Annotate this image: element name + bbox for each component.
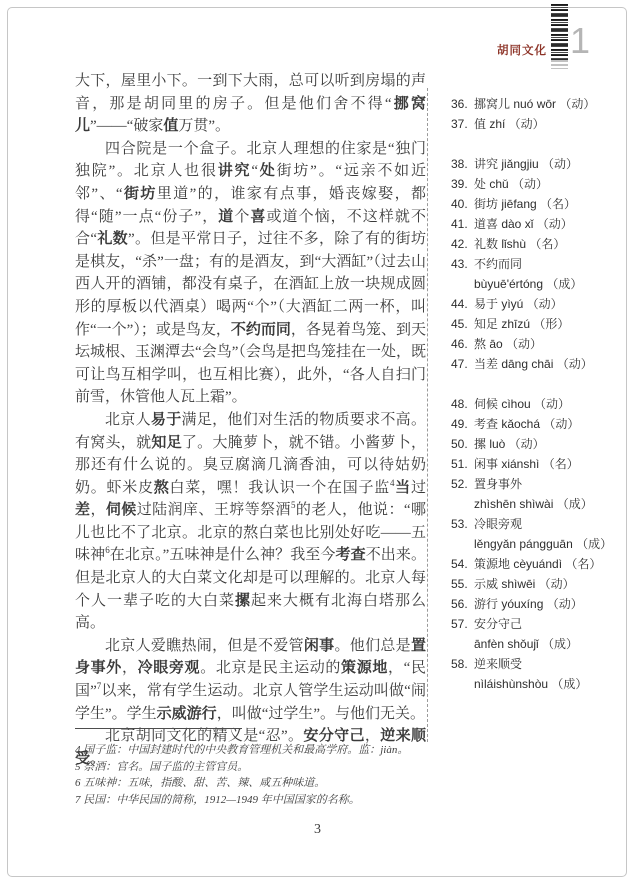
vocab-item-pinyin: ānfèn shǒujǐ （成） <box>474 634 623 654</box>
vocab-item-number: 44. <box>451 294 474 314</box>
column-divider <box>427 88 428 742</box>
vocab-item: 52.置身事外zhìshēn shìwài （成） <box>451 474 623 514</box>
vocab-item: 57.安分守己ānfèn shǒujǐ （成） <box>451 614 623 654</box>
footnote-separator <box>75 728 242 729</box>
vocab-word: 值 <box>163 118 178 134</box>
vocab-item-number: 37. <box>451 114 474 134</box>
vocab-item-body: 易于 yìyú （动） <box>474 294 623 314</box>
vocab-item-word: 冷眼旁观 <box>474 514 623 534</box>
vocab-item-body: 安分守己ānfèn shǒujǐ （成） <box>474 614 623 654</box>
vocab-item-body: 挪窝儿 nuó wōr （动） <box>474 94 623 114</box>
vocab-item: 54.策源地 cèyuándì （名） <box>451 554 623 574</box>
text-run: 。北京是民主运动的 <box>200 660 341 676</box>
vocab-item-number: 42. <box>451 234 474 254</box>
vocab-item-pinyin: nìláishùnshòu （成） <box>474 674 623 694</box>
vocab-word: 摞 <box>235 593 251 609</box>
vocab-word: 冷眼旁观 <box>138 660 201 676</box>
vocab-item-number: 47. <box>451 354 474 374</box>
vocab-item-number: 50. <box>451 434 474 454</box>
vocab-item: 58.逆来顺受nìláishùnshòu （成） <box>451 654 623 694</box>
vocab-item-pinyin: bùyuē'értóng （成） <box>474 274 623 294</box>
vocab-item: 41.道喜 dào xǐ （动） <box>451 214 623 234</box>
vocab-item-body: 知足 zhīzú （形） <box>474 314 623 334</box>
vocab-item-number: 57. <box>451 614 474 654</box>
vocab-word: 易于 <box>151 412 182 428</box>
footnote: 4 国子监：中国封建时代的中央教育管理机关和最高学府。监：jiàn。 <box>75 742 433 759</box>
text-run: 个 <box>234 209 250 225</box>
vocab-word: 考查 <box>335 547 365 563</box>
footnote: 6 五味神：五味，指酸、甜、苦、辣、咸五种味道。 <box>75 775 433 792</box>
vocab-item-number: 56. <box>451 594 474 614</box>
vocab-word: 伺候 <box>106 502 137 518</box>
vocab-item-word: 不约而同 <box>474 254 623 274</box>
footnotes: 4 国子监：中国封建时代的中央教育管理机关和最高学府。监：jiàn。5 祭酒：官… <box>75 742 433 808</box>
vocab-item-pinyin: zhìshēn shìwài （成） <box>474 494 623 514</box>
vocab-item-number: 36. <box>451 94 474 114</box>
text-run: ”——“破家 <box>90 118 163 134</box>
vocab-item-body: 处 chǔ （动） <box>474 174 623 194</box>
vocab-item: 40.街坊 jiēfang （名） <box>451 194 623 214</box>
vocab-item: 43.不约而同bùyuē'értóng （成） <box>451 254 623 294</box>
paragraph: 四合院是一个盒子。北京人理想的住家是“独门独院”。北京人也很讲究“处街坊”。“远… <box>75 138 426 409</box>
vocab-item: 42.礼数 lǐshù （名） <box>451 234 623 254</box>
vocab-item-number: 58. <box>451 654 474 694</box>
vocab-item-pinyin: lěngyǎn pángguān （成） <box>474 534 623 554</box>
vocab-item: 44.易于 yìyú （动） <box>451 294 623 314</box>
vocab-item-body: 街坊 jiēfang （名） <box>474 194 623 214</box>
vocab-item-body: 逆来顺受nìláishùnshòu （成） <box>474 654 623 694</box>
vocab-item: 55.示威 shìwēi （动） <box>451 574 623 594</box>
vocab-item: 39.处 chǔ （动） <box>451 174 623 194</box>
vocab-item-number: 38. <box>451 154 474 174</box>
vocab-word: 熬 <box>154 480 170 496</box>
vocab-item-number: 46. <box>451 334 474 354</box>
paragraph: 大下，屋里小下。一到下大雨，总可以听到房塌的声音，那是胡同里的房子。但是他们舍不… <box>75 70 426 138</box>
vocab-word: 喜 <box>250 209 266 225</box>
text-run: 万贯”。 <box>178 118 230 134</box>
chapter-stripe-tail <box>551 60 568 69</box>
vocab-item-number: 53. <box>451 514 474 554</box>
vocab-item: 45.知足 zhīzú （形） <box>451 314 623 334</box>
vocab-item-body: 当差 dāng chāi （动） <box>474 354 623 374</box>
vocab-item-body: 闲事 xiánshì （名） <box>474 454 623 474</box>
text-run: ， <box>122 660 138 676</box>
text-run: ，叫做“过学生”。与他们无关。 <box>217 706 425 722</box>
text-run: 白菜，嘿！我认识一个在国子监 <box>169 480 389 496</box>
vocab-word: 讲究 <box>218 163 252 179</box>
vocab-item: 47.当差 dāng chāi （动） <box>451 354 623 374</box>
vocab-item-body: 礼数 lǐshù （名） <box>474 234 623 254</box>
vocab-word: 礼数 <box>97 231 128 247</box>
vocab-word: 不约而同 <box>231 322 291 338</box>
vocab-item: 48.伺候 cìhou （动） <box>451 394 623 414</box>
vocab-item-number: 52. <box>451 474 474 514</box>
vocab-item-body: 道喜 dào xǐ （动） <box>474 214 623 234</box>
text-run: 大下，屋里小下。一到下大雨，总可以听到房塌的声音，那是胡同里的房子。但是他们舍不… <box>75 73 426 112</box>
vocab-word: 闲事 <box>304 638 335 654</box>
vocab-item: 37.值 zhí （动） <box>451 114 623 134</box>
page-title: 胡同文化 <box>497 42 547 58</box>
chapter-number: 1 <box>570 22 590 60</box>
vocab-item-number: 55. <box>451 574 474 594</box>
vocab-item-body: 策源地 cèyuándì （名） <box>474 554 623 574</box>
vocab-item-number: 48. <box>451 394 474 414</box>
vocab-word: 示威游行 <box>157 706 217 722</box>
vocab-item: 56.游行 yóuxíng （动） <box>451 594 623 614</box>
vocab-item-number: 43. <box>451 254 474 294</box>
vocab-word: 处 <box>258 163 277 179</box>
vocab-item-body: 值 zhí （动） <box>474 114 623 134</box>
footnote: 7 民国：中华民国的简称，1912—1949 年中国国家的名称。 <box>75 792 433 809</box>
vocab-item: 49.考查 kǎochá （动） <box>451 414 623 434</box>
text-run: 过 <box>411 480 426 496</box>
vocab-item: 53.冷眼旁观lěngyǎn pángguān （成） <box>451 514 623 554</box>
footnote: 5 祭酒：官名。国子监的主管官员。 <box>75 759 433 776</box>
vocab-item-number: 51. <box>451 454 474 474</box>
vocab-word: 知足 <box>151 435 182 451</box>
vocab-item-body: 游行 yóuxíng （动） <box>474 594 623 614</box>
vocab-word: 差 <box>75 502 90 518</box>
vocab-item-number: 41. <box>451 214 474 234</box>
vocab-item-number: 40. <box>451 194 474 214</box>
vocab-word: 街坊 <box>123 186 157 202</box>
text-run: 过陆润庠、王垿等祭酒 <box>137 502 291 518</box>
body-text-column: 大下，屋里小下。一到下大雨，总可以听到房塌的声音，那是胡同里的房子。但是他们舍不… <box>75 70 426 770</box>
text-run: 在北京。”五味神是什么神？我至今 <box>110 547 336 563</box>
text-run: ， <box>90 502 105 518</box>
vocab-item-number: 39. <box>451 174 474 194</box>
vocab-word: 策源地 <box>341 660 388 676</box>
vocab-item-body: 讲究 jiǎngjiu （动） <box>474 154 623 174</box>
paragraph: 北京人易于满足，他们对生活的物质要求不高。有窝头，就知足了。大腌萝卜，就不错。小… <box>75 409 426 635</box>
vocabulary-list: 36.挪窝儿 nuó wōr （动）37.值 zhí （动）38.讲究 jiǎn… <box>451 94 623 694</box>
vocab-item-body: 示威 shìwēi （动） <box>474 574 623 594</box>
chapter-stripe-icon <box>551 4 568 60</box>
vocab-item: 50.摞 luò （动） <box>451 434 623 454</box>
vocab-word: 当 <box>394 480 411 496</box>
vocab-item-number: 49. <box>451 414 474 434</box>
vocab-item-word: 逆来顺受 <box>474 654 623 674</box>
vocab-item-word: 安分守己 <box>474 614 623 634</box>
vocab-item-body: 伺候 cìhou （动） <box>474 394 623 414</box>
vocab-item-body: 考查 kǎochá （动） <box>474 414 623 434</box>
vocab-word: 道 <box>218 209 234 225</box>
vocab-item-number: 54. <box>451 554 474 574</box>
vocab-item-body: 置身事外zhìshēn shìwài （成） <box>474 474 623 514</box>
vocab-item: 46.熬 āo （动） <box>451 334 623 354</box>
vocab-item-body: 摞 luò （动） <box>474 434 623 454</box>
text-run: 。他们总是 <box>334 638 411 654</box>
page-number: 3 <box>0 822 635 838</box>
text-run: 北京人 <box>105 412 151 428</box>
vocab-item: 36.挪窝儿 nuó wōr （动） <box>451 94 623 114</box>
text-run: 北京人爱瞧热闹，但是不爱管 <box>105 638 304 654</box>
vocab-item-body: 不约而同bùyuē'értóng （成） <box>474 254 623 294</box>
textbook-page: { "colors": { "header_red": "#8c3226", "… <box>0 0 635 885</box>
paragraph: 北京人爱瞧热闹，但是不爱管闲事。他们总是置身事外，冷眼旁观。北京是民主运动的策源… <box>75 635 426 725</box>
vocab-item: 38.讲究 jiǎngjiu （动） <box>451 154 623 174</box>
vocab-item-word: 置身事外 <box>474 474 623 494</box>
vocab-item-number: 45. <box>451 314 474 334</box>
vocab-item: 51.闲事 xiánshì （名） <box>451 454 623 474</box>
vocab-item-body: 熬 āo （动） <box>474 334 623 354</box>
text-run: “ <box>251 163 258 179</box>
vocab-item-body: 冷眼旁观lěngyǎn pángguān （成） <box>474 514 623 554</box>
